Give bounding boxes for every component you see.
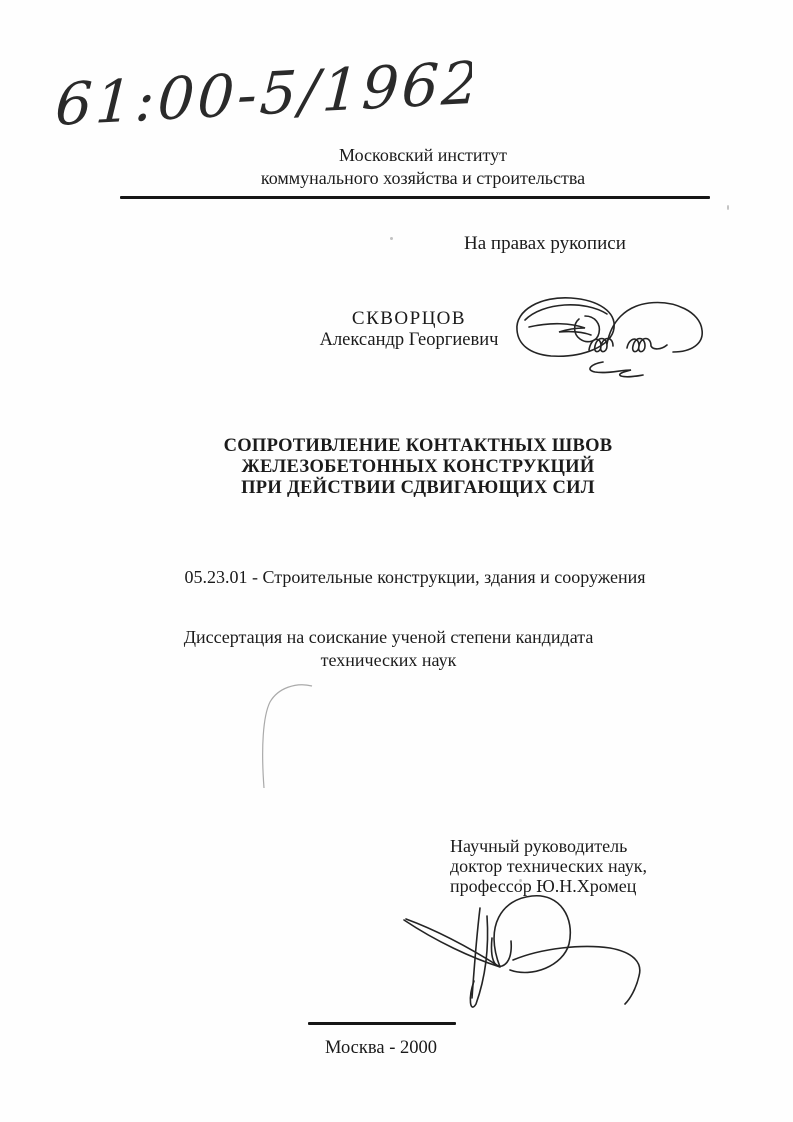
dissertation-title: СОПРОТИВЛЕНИЕ КОНТАКТНЫХ ШВОВ ЖЕЛЕЗОБЕТО… — [130, 436, 706, 499]
catalog-number-text: 61:00-5/1962-1 — [54, 48, 472, 139]
dissertation-line1: Диссертация на соискание ученой степени … — [120, 626, 657, 649]
supervisor-signature-icon — [392, 886, 654, 1020]
manuscript-note: На правах рукописи — [464, 233, 626, 255]
institute-header: Московский институт коммунального хозяйс… — [138, 144, 708, 190]
title-line1: СОПРОТИВЛЕНИЕ КОНТАКТНЫХ ШВОВ — [130, 436, 706, 457]
institute-line1: Московский институт — [138, 144, 708, 167]
title-line2: ЖЕЛЕЗОБЕТОННЫХ КОНСТРУКЦИЙ — [130, 457, 706, 478]
footer-divider-rule — [308, 1022, 456, 1025]
dissertation-statement: Диссертация на соискание ученой степени … — [120, 626, 657, 672]
scan-speck — [727, 205, 729, 210]
title-line3: ПРИ ДЕЙСТВИИ СДВИГАЮЩИХ СИЛ — [130, 478, 706, 499]
scan-speck — [390, 237, 393, 240]
author-name: Александр Георгиевич — [289, 330, 529, 351]
city-year: Москва - 2000 — [281, 1038, 481, 1059]
author-surname: СКВОРЦОВ — [289, 308, 529, 330]
supervisor-line2: доктор технических наук, — [450, 856, 647, 876]
stray-pen-stroke-icon — [248, 676, 324, 798]
handwritten-catalog-number: 61:00-5/1962-1 — [52, 48, 472, 140]
author-block: СКВОРЦОВ Александр Георгиевич — [289, 308, 529, 351]
institute-line2: коммунального хозяйства и строительства — [138, 167, 708, 190]
supervisor-line1: Научный руководитель — [450, 836, 647, 856]
author-signature-icon — [503, 286, 715, 384]
scan-speck — [519, 879, 522, 882]
header-divider-rule — [120, 196, 710, 199]
dissertation-line2: технических наук — [120, 649, 657, 672]
dissertation-title-page: 61:00-5/1962-1 Московский институт комму… — [0, 0, 793, 1122]
specialty-code: 05.23.01 - Строительные конструкции, зда… — [115, 567, 715, 588]
